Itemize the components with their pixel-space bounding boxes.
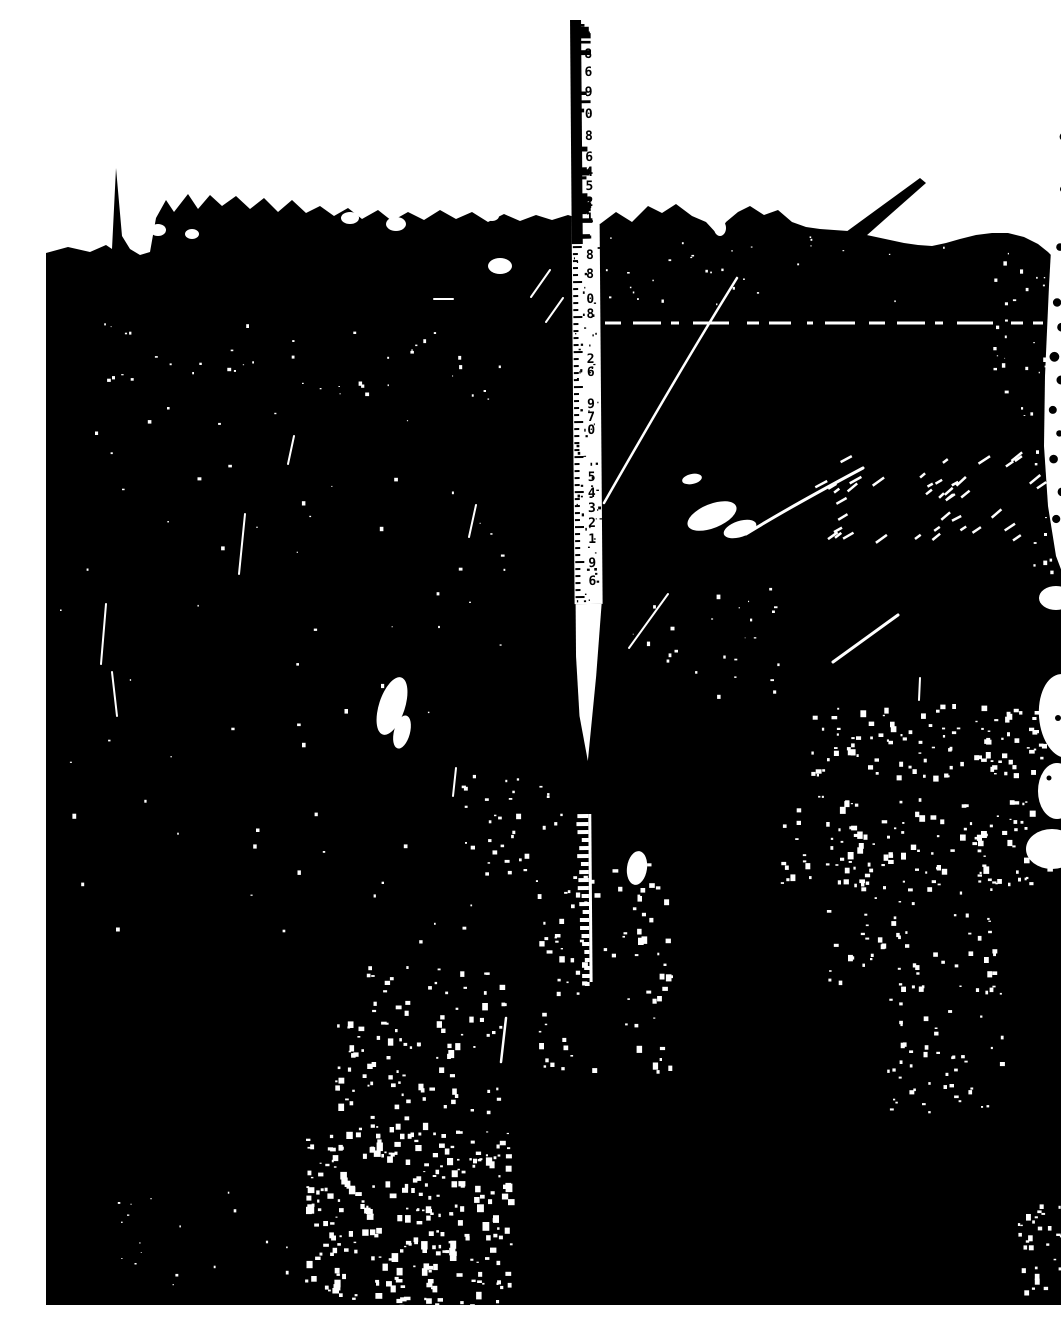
- leaf-highlight-streak: [919, 678, 920, 700]
- ruler-digit: 3: [588, 501, 596, 516]
- ruler-digit: 0: [586, 292, 594, 307]
- ruler-digit: 6: [587, 365, 595, 380]
- ruler-digit: 8: [585, 129, 593, 144]
- ruler-digit: 8: [584, 47, 592, 62]
- ruler-digit: 1: [586, 211, 594, 226]
- ruler-digit: 8: [586, 248, 594, 263]
- ruler-digit: 5: [585, 179, 593, 194]
- ruler-digit: 4: [585, 165, 593, 180]
- ruler-digit: 9: [588, 556, 596, 571]
- ruler-digit: 8: [586, 267, 594, 282]
- ruler-digit: 2: [588, 516, 596, 531]
- ruler-digit: 0: [585, 107, 593, 122]
- ruler-digit: 5: [588, 470, 596, 485]
- ruler-digit: 4: [588, 486, 596, 501]
- ruler-digit: 6: [585, 150, 593, 165]
- ruler-digit: 6: [584, 65, 592, 80]
- ruler-digit: 2: [585, 195, 593, 210]
- ruler-digit: 8: [586, 307, 594, 322]
- plant-canopy-silhouette: [46, 168, 1061, 1306]
- scene-canvas: 86908645218808269705432196: [40, 16, 1061, 1315]
- ruler-digit: 9: [585, 85, 593, 100]
- ruler-digit: 1: [588, 532, 596, 547]
- ruler-digit: 0: [587, 423, 595, 438]
- binarized-photo: 86908645218808269705432196: [40, 16, 1061, 1315]
- ruler-digit: 6: [588, 574, 596, 589]
